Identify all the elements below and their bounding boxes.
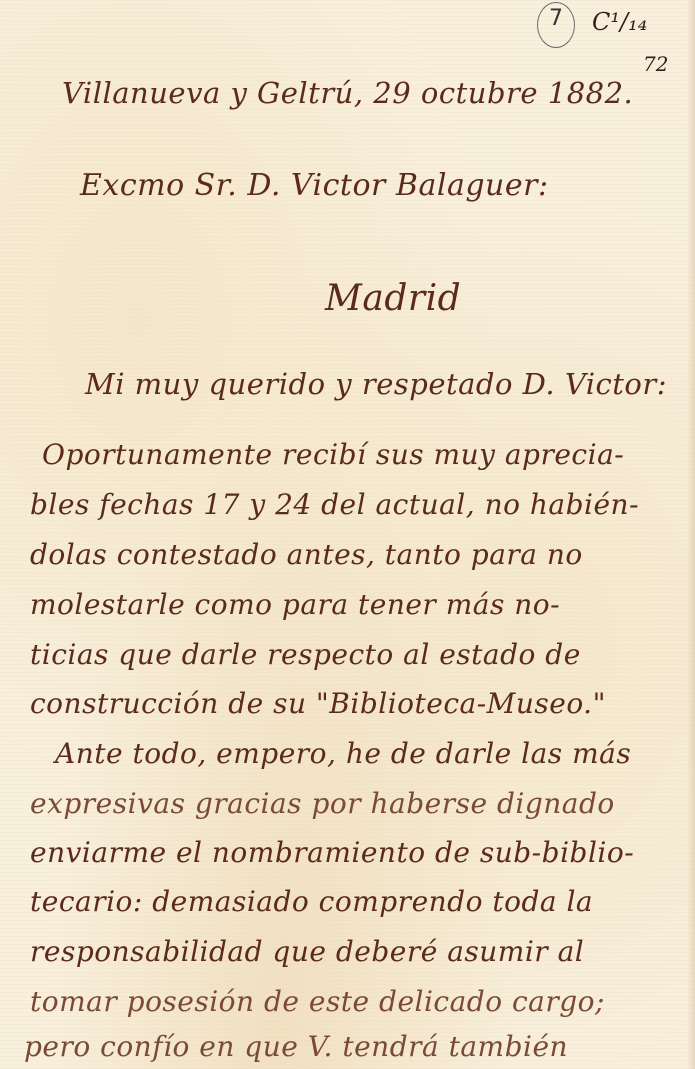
addressee: Excmo Sr. D. Victor Balaguer:: [80, 168, 549, 203]
body-line: tecario: demasiado comprendo toda la: [30, 885, 593, 918]
city: Madrid: [325, 278, 461, 319]
body-line: expresivas gracias por haberse dignado: [30, 787, 615, 820]
body-line: bles fechas 17 y 24 del actual, no habié…: [30, 488, 639, 521]
shelfmark-line-2: 72: [643, 52, 668, 76]
letter-page: 7 C¹/₁₄ 72 Villanueva y Geltrú, 29 octub…: [0, 0, 695, 1069]
body-line: pero confío en que V. tendrá también: [24, 1030, 568, 1063]
paper-edge: [687, 0, 695, 1069]
folio-number: 7: [549, 6, 563, 31]
shelfmark-line-1: C¹/₁₄: [592, 8, 647, 36]
body-line: Oportunamente recibí sus muy apreciа-: [42, 438, 624, 471]
body-line: construcción de su "Biblioteca-Museo.": [30, 687, 606, 720]
dateline: Villanueva y Geltrú, 29 octubre 1882.: [62, 76, 633, 110]
body-line: molestarle como para tener más no-: [30, 588, 560, 621]
body-line: dolas contestado antes, tanto para no: [30, 538, 583, 571]
salutation: Mi muy querido y respetado D. Victor:: [85, 367, 667, 401]
body-line: responsabilidad que deberé asumir al: [30, 935, 584, 968]
body-line: ticias que darle respecto al estado de: [30, 638, 581, 671]
body-line: Ante todo, empero, he de darle las más: [55, 737, 631, 770]
body-line: tomar posesión de este delicado cargo;: [30, 985, 605, 1018]
body-line: enviarme el nombramiento de sub-biblio-: [30, 836, 634, 869]
